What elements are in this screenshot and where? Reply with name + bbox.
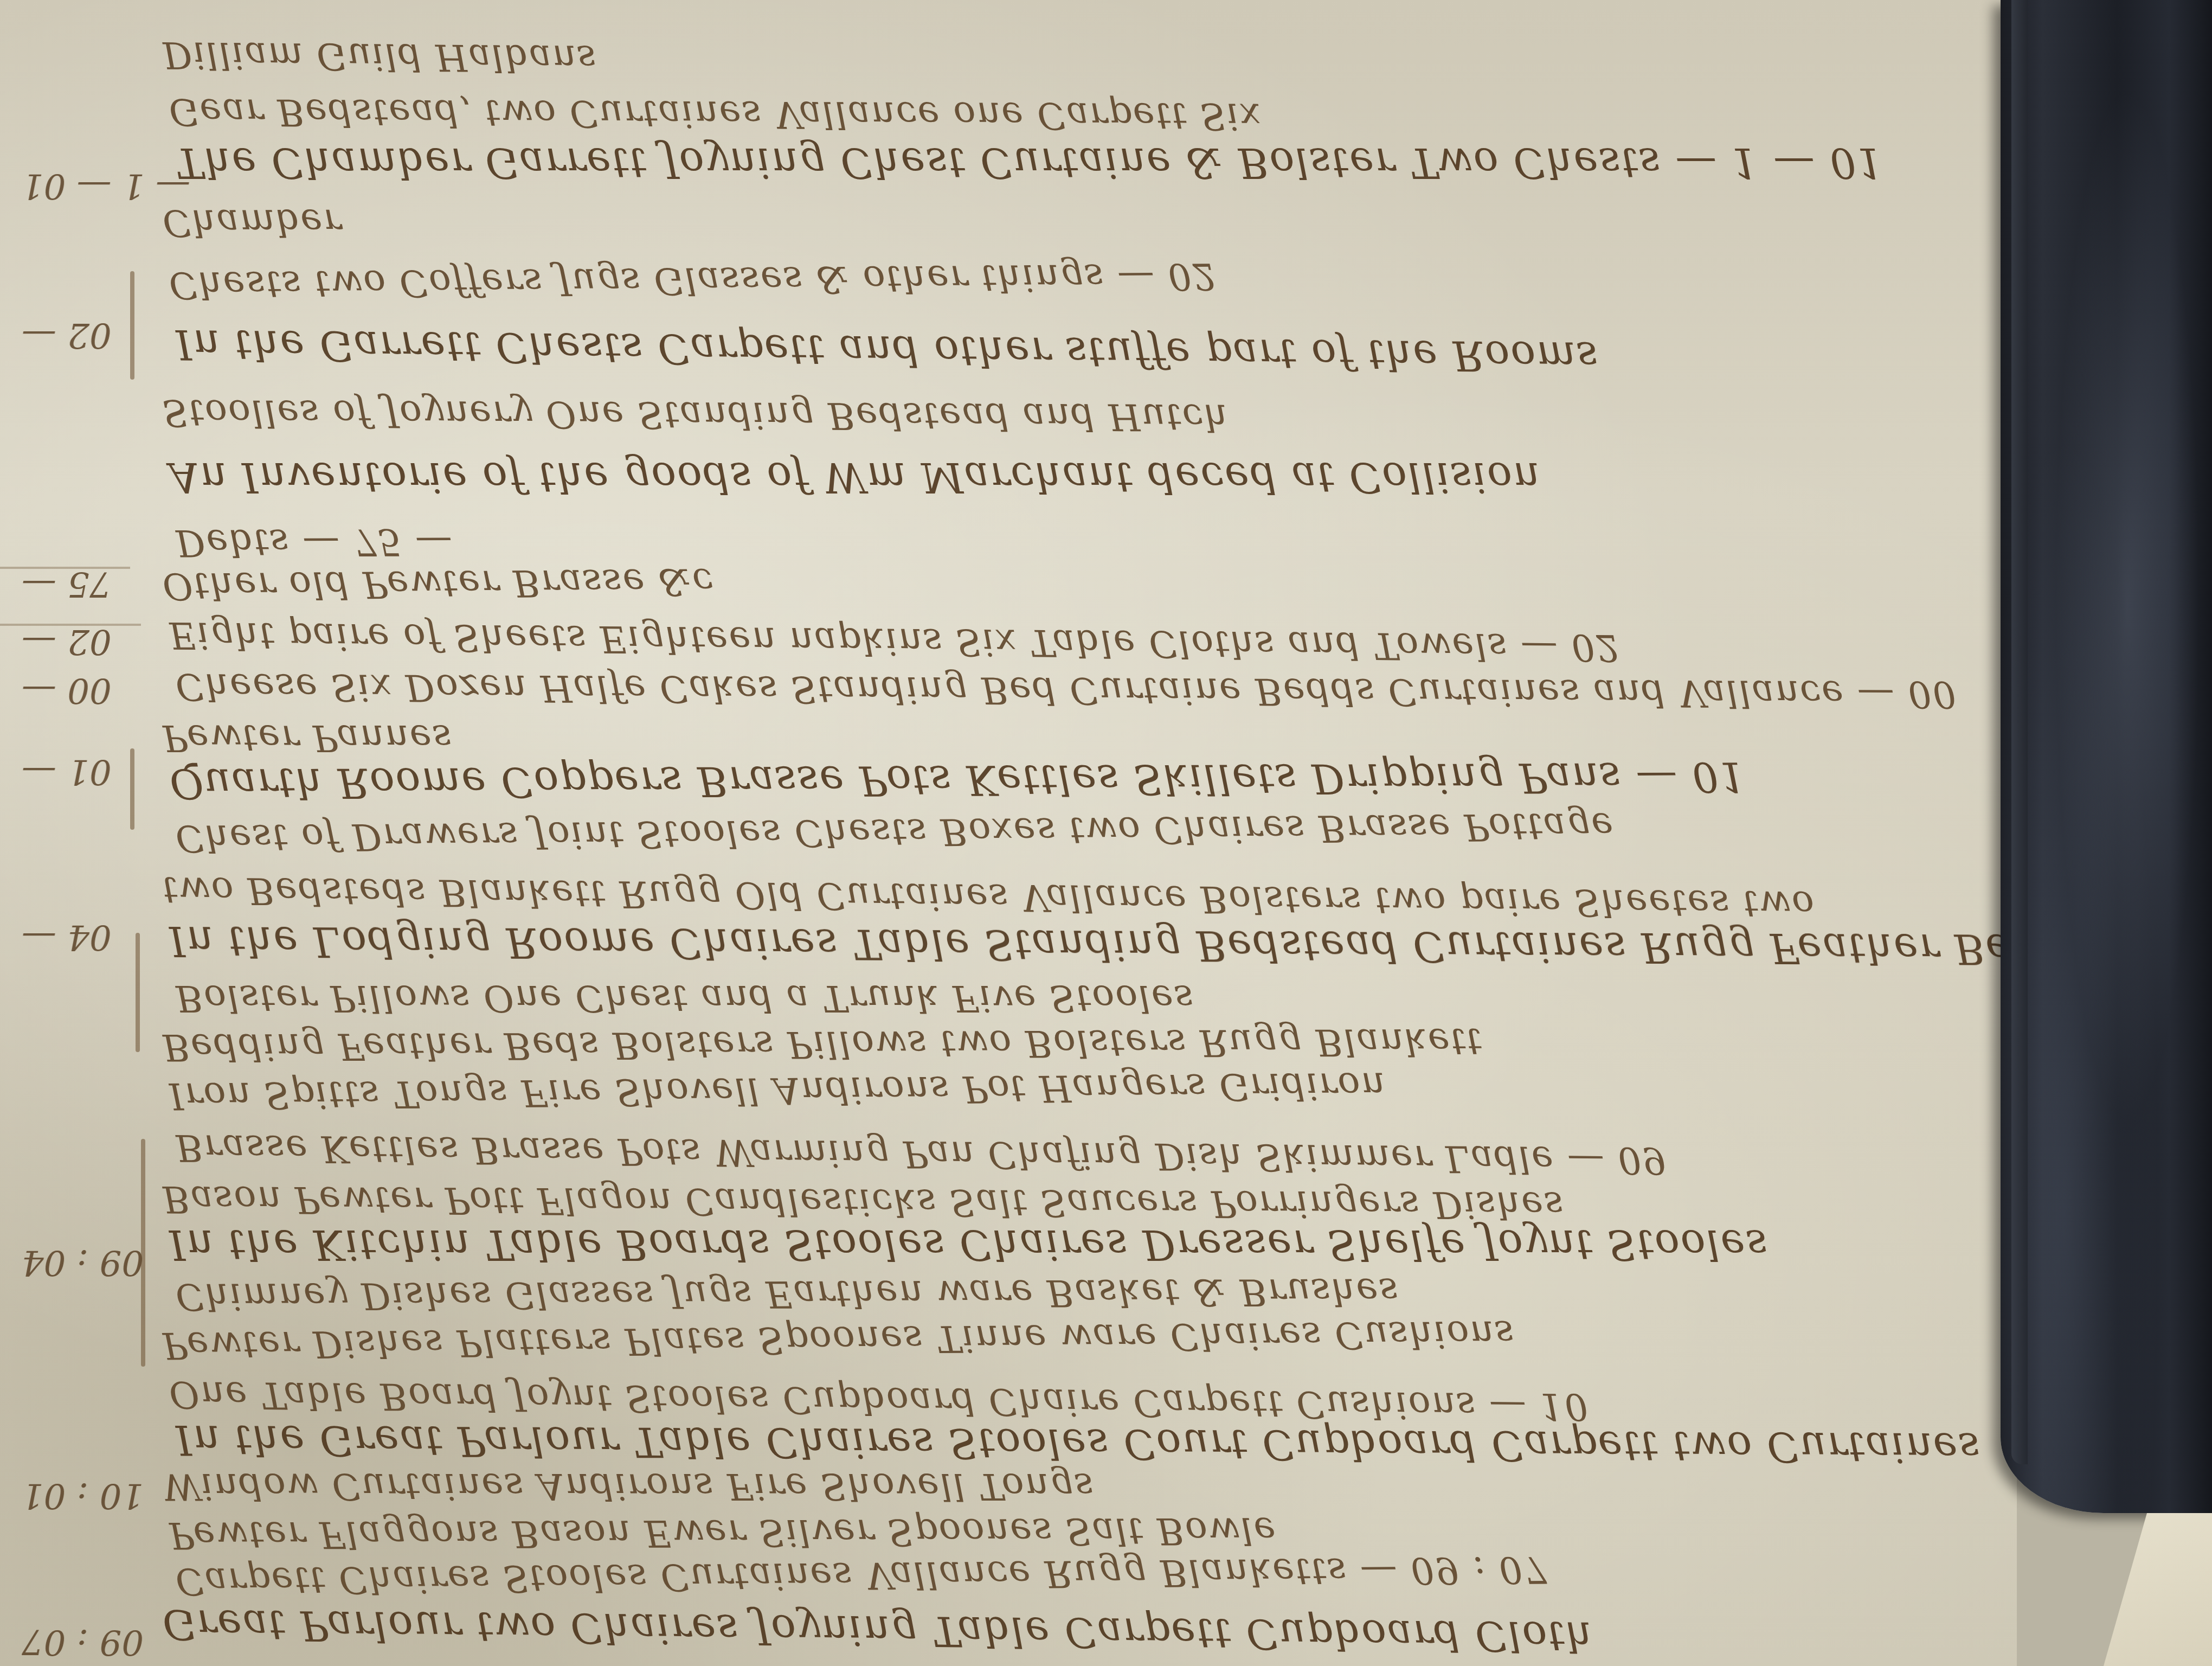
inventory-line: Window Curtaines Andirons Fire Shovell T… <box>163 1465 1095 1508</box>
inventory-line: Great Parlour two Chaires Joyning Table … <box>163 1600 1594 1661</box>
amount-value: 01 — <box>22 751 112 791</box>
inventory-line: Cheese Six Dozen Halfe Cakes Standing Be… <box>176 665 1957 715</box>
inventory-line: The Chamber Garrett Joyning Chest Curtai… <box>176 139 1885 187</box>
inventory-line: Pewter Pannes <box>163 716 453 759</box>
leather-binding-edge <box>2011 0 2028 1464</box>
inventory-line: In the Lodging Roome Chaires Table Stand… <box>169 917 2164 974</box>
inventory-line: An Inventorie of the goods of Wm Marchan… <box>169 453 1541 502</box>
inventory-line: Chests two Coffers Jugs Glasses & other … <box>169 254 1218 306</box>
inventory-line: Quarth Roome Coppers Brasse Pots Kettles… <box>169 753 1747 808</box>
amount-value: 04 — <box>22 917 112 957</box>
inventory-line: Chest of Drawers Joint Stooles Chests Bo… <box>176 804 1615 860</box>
inventory-line: Gear Bedstead, two Curtaines Vallance on… <box>169 90 1262 138</box>
inventory-line: Bedding Feather Beds Bolsters Pillows tw… <box>163 1020 1483 1068</box>
inventory-line: Dilliam Guild Halbans <box>163 33 597 80</box>
amount-value: 02 — <box>22 315 112 355</box>
inventory-line: Pewter Flaggons Bason Ewer Silver Spoone… <box>169 1509 1277 1556</box>
amount-value: 09 : 04 <box>22 1242 144 1282</box>
inventory-line: Bason Pewter Pott Flagon Candlesticks Sa… <box>163 1177 1565 1226</box>
inventory-line: In the Kitchin Table Boards Stooles Chai… <box>169 1221 1769 1269</box>
inventory-line: Brasse Kettles Brasse Pots Warming Pan C… <box>176 1126 1668 1182</box>
inventory-line: Bolster Pillows One Chest and a Trunk Fi… <box>176 977 1194 1020</box>
inventory-line: Carpett Chaires Stooles Curtaines Vallan… <box>176 1548 1548 1603</box>
margin-bracket <box>130 748 134 830</box>
inventory-line: Debts — 75 — <box>176 520 453 564</box>
amount-value: 00 — <box>22 670 112 710</box>
underlying-page-corner <box>2104 1513 2212 1666</box>
inventory-line: Chamber <box>163 201 342 244</box>
inverted-handwriting-layer: Dilliam Guild HalbansGear Bedstead, two … <box>0 0 2017 1666</box>
inventory-line: Eight paire of Sheets Eighteen napkins S… <box>169 613 1621 669</box>
amount-value: 09 : 07 <box>22 1622 144 1662</box>
inventory-line: Pewter Dishes Platters Plates Spoones Ti… <box>163 1312 1515 1367</box>
amount-value: 75 — <box>22 564 112 604</box>
inventory-line: Iron Spitts Tongs Fire Shovell Andirons … <box>169 1063 1386 1117</box>
inventory-line: In the Great Parlour Table Chaires Stool… <box>176 1416 1981 1472</box>
inventory-line: Other old Pewter Brasse &c <box>163 560 715 607</box>
inventory-line: two Bedsteds Blankett Rugg Old Curtaines… <box>163 868 1815 926</box>
inventory-line: In the Garrett Chests Carpett and other … <box>176 321 1599 381</box>
margin-bracket <box>136 933 140 1052</box>
inventory-line: Stoolles of Joynery One Standing Bedstea… <box>163 391 1229 439</box>
amount-value: 02 — <box>22 621 112 661</box>
amount-value: 10 : 01 <box>22 1475 144 1515</box>
margin-bracket <box>130 271 134 380</box>
amount-value: — 1 — 01 <box>22 165 190 206</box>
leather-binding <box>2001 0 2212 1513</box>
inventory-line: Chimney Dishes Glasses Jugs Earthen ware… <box>176 1270 1399 1318</box>
